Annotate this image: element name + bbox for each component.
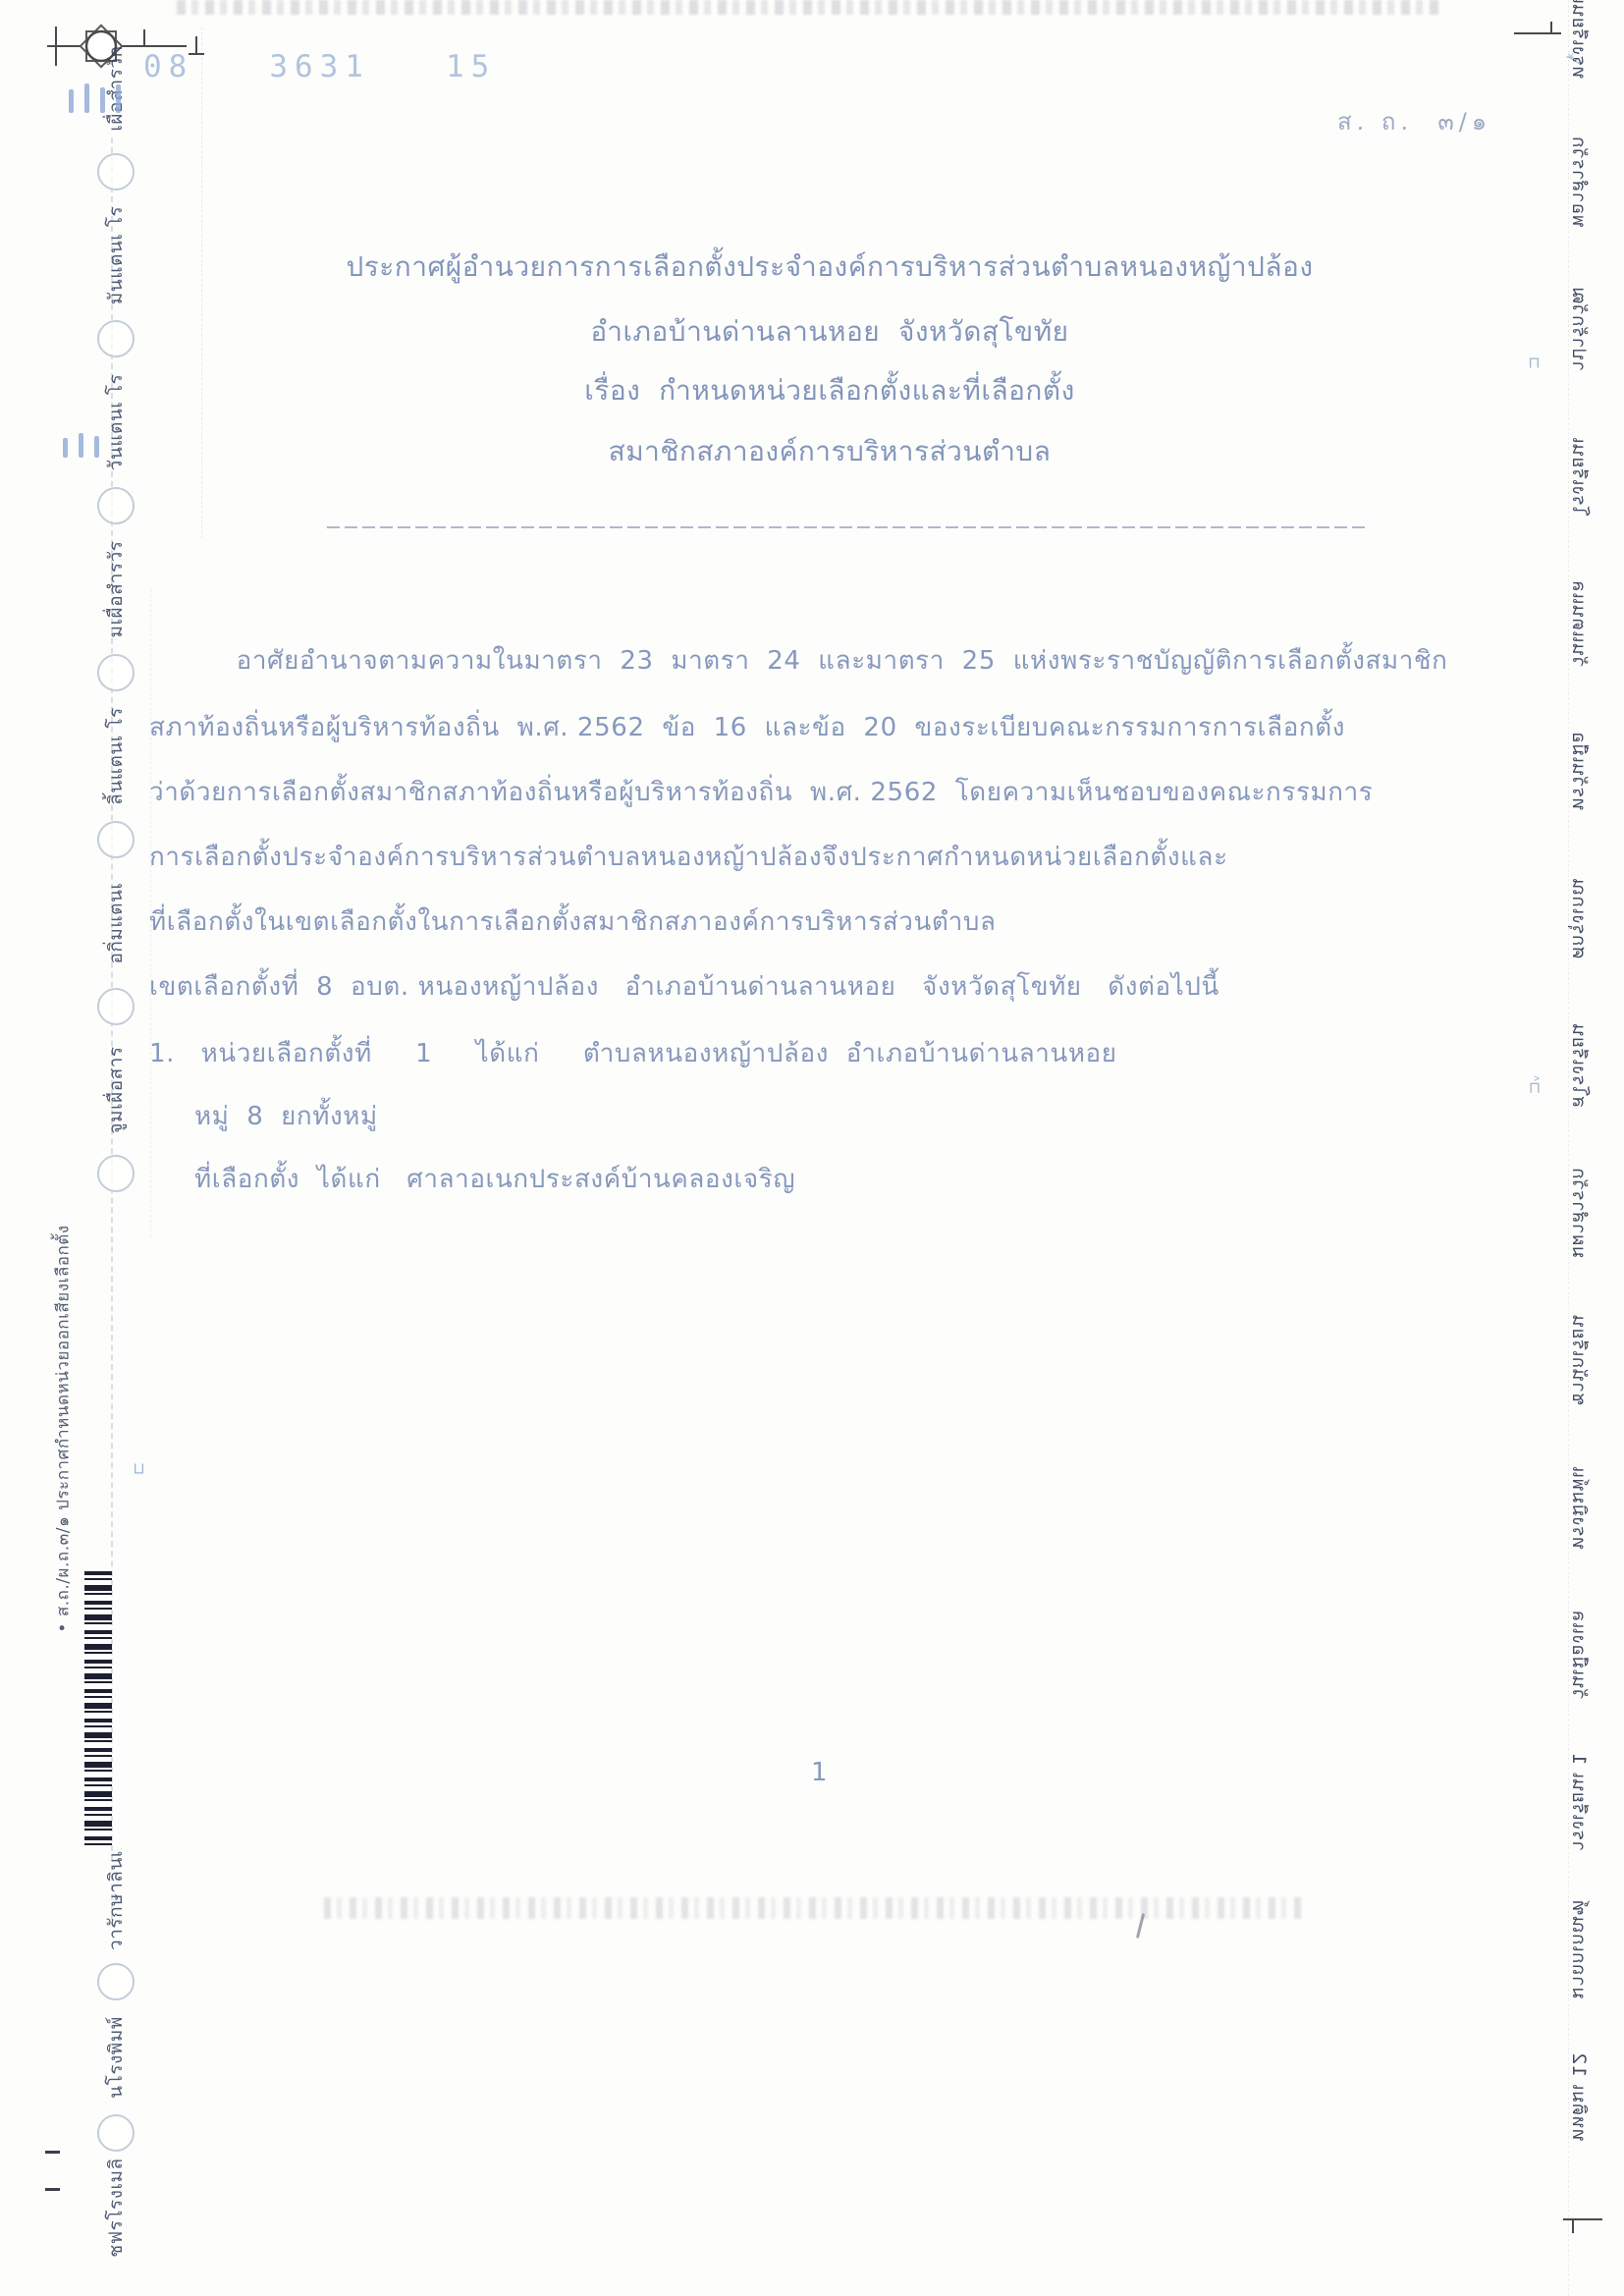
right-edge-bleed-text: มาถกเกณฑ์ — [1564, 1899, 1594, 1999]
title-line: สมาชิกสภาองค์การบริหารส่วนตำบล — [295, 430, 1365, 473]
right-edge-bleed-text: มผาสำรวัก — [1564, 1168, 1594, 1258]
pen-scribble: ⊐ — [1524, 356, 1543, 369]
right-edge-bleed-text: ทรวันเมือ — [1564, 732, 1594, 810]
bleed-circle — [97, 2114, 135, 2152]
right-edge-bleed-text: าปารักวัฒ — [1564, 287, 1594, 371]
top-edge-bleed-text — [177, 0, 1443, 15]
right-edge-bleed-text: โรงเรียนเ — [1564, 436, 1594, 516]
right-edge-bleed-text: ชานักเรียน — [1564, 1315, 1594, 1406]
dashed-separator — [327, 526, 1370, 528]
top-left-guide-line — [201, 27, 202, 538]
blue-tick-marks — [63, 432, 110, 458]
left-edge-bleed-text: มเผื่อสำรวัร — [101, 541, 131, 638]
left-edge-bleed-text: อกิ่มแตนเ — [101, 882, 131, 963]
stamp-number: 08 3631 15 — [143, 49, 496, 84]
body-line: 1. หน่วยเลือกตั้งที่ 1 ได้แก่ ตำบลหนองหญ… — [149, 1033, 1455, 1073]
title-line: เรื่อง กำหนดหน่วยเลือกตั้งและที่เลือกตั้… — [295, 369, 1365, 412]
bleed-circle — [97, 1155, 135, 1192]
title-line: ประกาศผู้อำนวยการการเลือกตั้งประจำองค์กา… — [295, 246, 1365, 289]
pen-scribble: ⊏ — [129, 1462, 147, 1475]
corner-mark — [45, 2188, 60, 2191]
right-edge-bleed-text: ทรงมิมพ์แ — [1564, 1465, 1594, 1549]
body-line: ที่เลือกตั้งในเขตเลือกตั้งในการเลือกตั้ง… — [149, 902, 1455, 942]
body-line: ว่าด้วยการเลือกตั้งสมาชิกสภาท้องถิ่นหรือ… — [149, 772, 1455, 812]
body-line: เขตเลือกตั้งที่ 8 อบต. หนองหญ้าปล้อง อำเ… — [149, 966, 1455, 1007]
bleed-circle — [97, 988, 135, 1025]
right-edge-bleed-text: วันแตนแล — [1564, 580, 1594, 668]
blue-tick-marks — [69, 83, 132, 113]
bleed-circle — [97, 821, 135, 858]
barcode — [84, 1571, 112, 1846]
right-edge-bleed-text: ทรงเรียนเเ — [1564, 0, 1594, 79]
body-line: ที่เลือกตั้ง ได้แก่ ศาลาอเนกประสงค์บ้านค… — [194, 1159, 1500, 1199]
title-line: อำเภอบ้านด่านลานหอย จังหวัดสุโขทัย — [295, 310, 1365, 354]
form-code: ส. ถ. ๓/๑ — [1337, 102, 1491, 140]
scanned-document-page: ⁄ᵏ 08 3631 15 ส. ถ. ๓/๑ ประกาศผู้อำนวยกา… — [0, 0, 1624, 2296]
bleed-circle — [97, 320, 135, 357]
right-edge-bleed-text: ารงเรียนเ 1 — [1564, 1753, 1594, 1852]
right-edge-bleed-text: ทหติมเ 12 — [1564, 2052, 1594, 2142]
bleed-circle — [97, 153, 135, 191]
body-line: หมู่ 8 ยกทั้งหมู่ — [194, 1096, 1500, 1136]
left-edge-bleed-text: นโรงพิมพ์ — [101, 2016, 131, 2099]
body-line: อาศัยอำนาจตามความในมาตรา 23 มาตรา 24 และ… — [149, 640, 1455, 681]
form-code-vertical-label: • ส.ถ./ผ.ถ.๓/๑ ประกาศกำหนดหน่วยออกเสียงเ… — [50, 1225, 77, 1632]
pen-scribble: ⊐ᵥ — [1525, 1074, 1543, 1094]
left-edge-bleed-text: วารักษาลินเ — [101, 1850, 131, 1950]
right-edge-bleed-text: ศกรุงเกณ — [1564, 878, 1594, 958]
body-line: การเลือกตั้งประจำองค์การบริหารส่วนตำบลหน… — [149, 837, 1455, 877]
bleed-circle — [97, 654, 135, 691]
left-edge-bleed-text: มันแตนเ โร — [101, 206, 131, 305]
right-edge-bleed-text: วันเมืองแล — [1564, 1610, 1594, 1699]
bleed-circle — [97, 487, 135, 524]
right-edge-bleed-text: พอาสำรวัก — [1564, 137, 1594, 228]
left-edge-bleed-text: จูมเผื่อสาร — [101, 1046, 131, 1133]
bleed-circle — [97, 1963, 135, 2000]
right-edge-bleed-text: สโรงเรียน — [1564, 1023, 1594, 1108]
mid-bleed-text — [324, 1897, 1306, 1919]
registration-mark-bottom-right — [1559, 2208, 1618, 2237]
corner-mark — [45, 2151, 60, 2154]
left-edge-bleed-text: ลิ้นแตนเ โร — [101, 707, 131, 805]
body-line: สภาท้องถิ่นหรือผู้บริหารท้องถิ่น พ.ศ. 25… — [149, 707, 1455, 747]
page-number: 1 — [811, 1758, 828, 1787]
left-edge-bleed-text: ชฟรโรงเมลิ — [101, 2158, 131, 2257]
